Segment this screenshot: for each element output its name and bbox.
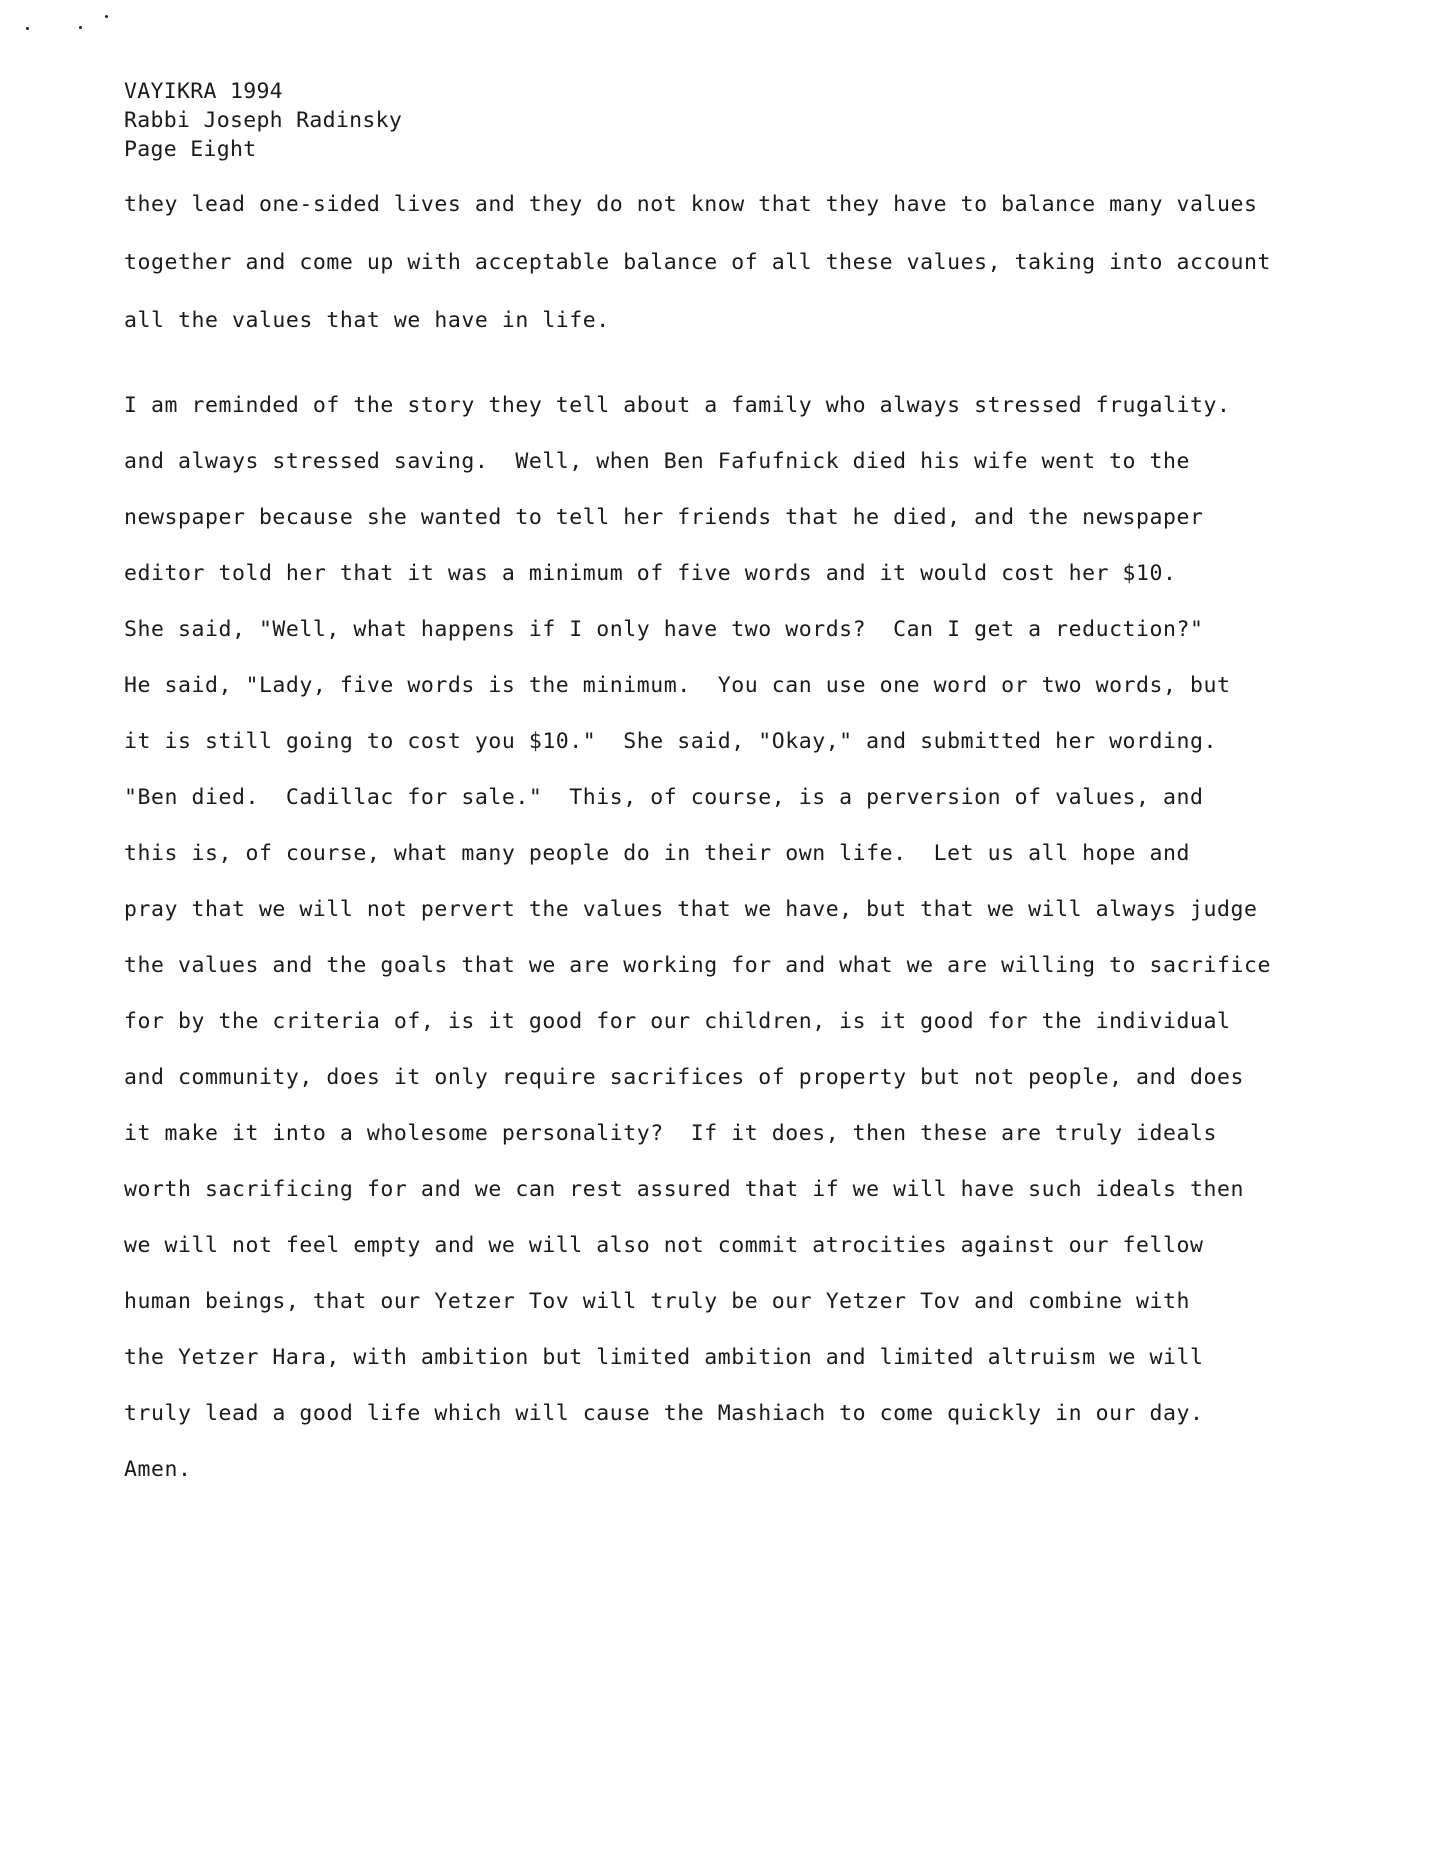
scan-specks	[0, 0, 200, 40]
text-line: the values and the goals that we are wor…	[124, 952, 1271, 1008]
text-line: for by the criteria of, is it good for o…	[124, 1008, 1271, 1064]
text-line: the Yetzer Hara, with ambition but limit…	[124, 1344, 1271, 1400]
document-author: Rabbi Joseph Radinsky	[124, 106, 402, 135]
text-line: She said, "Well, what happens if I only …	[124, 616, 1271, 672]
text-line: it is still going to cost you $10." She …	[124, 728, 1271, 784]
text-line: editor told her that it was a minimum of…	[124, 560, 1271, 616]
text-line: human beings, that our Yetzer Tov will t…	[124, 1288, 1271, 1344]
text-line: and community, does it only require sacr…	[124, 1064, 1271, 1120]
text-line: all the values that we have in life.	[124, 307, 1271, 365]
text-line: worth sacrificing for and we can rest as…	[124, 1176, 1271, 1232]
scan-speck	[26, 27, 29, 30]
text-line: pray that we will not pervert the values…	[124, 896, 1271, 952]
page-label: Page Eight	[124, 135, 402, 164]
text-line: we will not feel empty and we will also …	[124, 1232, 1271, 1288]
text-line: this is, of course, what many people do …	[124, 840, 1271, 896]
document-page: VAYIKRA 1994 Rabbi Joseph Radinsky Page …	[0, 0, 1430, 1851]
text-line: and always stressed saving. Well, when B…	[124, 448, 1271, 504]
text-line: Amen.	[124, 1456, 1271, 1512]
document-header: VAYIKRA 1994 Rabbi Joseph Radinsky Page …	[124, 77, 402, 164]
text-line: newspaper because she wanted to tell her…	[124, 504, 1271, 560]
scan-speck	[105, 15, 108, 18]
text-line: I am reminded of the story they tell abo…	[124, 392, 1271, 448]
text-line: together and come up with acceptable bal…	[124, 249, 1271, 307]
text-line: "Ben died. Cadillac for sale." This, of …	[124, 784, 1271, 840]
paragraph-1: they lead one-sided lives and they do no…	[124, 191, 1271, 365]
text-line: they lead one-sided lives and they do no…	[124, 191, 1271, 249]
scan-speck	[79, 26, 82, 29]
paragraph-2: I am reminded of the story they tell abo…	[124, 392, 1271, 1512]
document-title: VAYIKRA 1994	[124, 77, 402, 106]
text-line: truly lead a good life which will cause …	[124, 1400, 1271, 1456]
text-line: He said, "Lady, five words is the minimu…	[124, 672, 1271, 728]
text-line: it make it into a wholesome personality?…	[124, 1120, 1271, 1176]
